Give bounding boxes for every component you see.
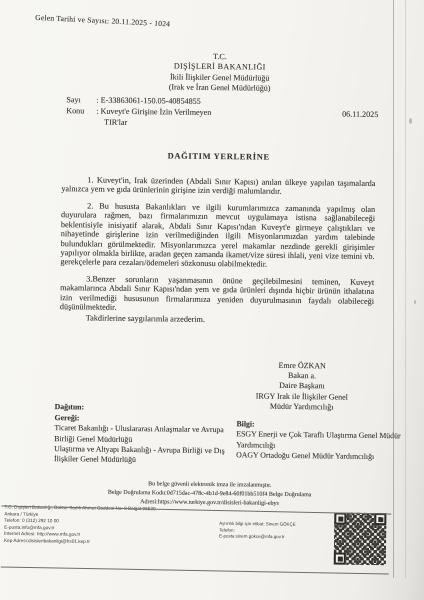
document-content: Gelen Tarihi ve Sayısı: 20.11.2025 - 102… [0,0,424,600]
footer-kep: Kep Adresi:disisleribakanligi@hs01.kep.t… [4,538,215,547]
qr-finder-icon [334,513,346,525]
scan-edge-line [393,0,394,578]
qr-finder-icon [374,513,386,525]
distribution-bilgi: Bilgi: ESGY Enerji ve Çok Taraflı Ulaştı… [236,419,408,463]
closing-line: Takdirlerine saygılarımla arzederim. [86,313,205,323]
addressee-heading: DAĞITIM YERLERİNE [7,149,424,163]
qr-finder-icon [334,553,346,565]
konu-value-line2: TIR'lar [96,117,127,128]
qr-code [334,513,387,566]
paragraph-3: 3.Benzer sorunların yaşanmasının önüne g… [60,274,374,315]
paragraph-2: 2. Bu hususta Bakanlıkları ve ilgili kur… [60,201,375,271]
scanned-document-page: Gelen Tarihi ve Sayısı: 20.11.2025 - 102… [0,0,424,600]
incoming-registry-stamp: Gelen Tarihi ve Sayısı: 20.11.2025 - 102… [35,13,170,29]
scan-speck [414,300,416,304]
footer-contact-left: T.C. Dışişleri Bakanlığı, Doktor Sadık A… [4,504,215,547]
scan-speck [409,118,412,124]
document-meta: Sayı : E-33863061-150.05-40854855 Konu :… [66,94,211,129]
konu-label: Konu [66,105,96,116]
footer-separator-bottom [1,566,389,574]
letterhead: T.C. DIŞİŞLERİ BAKANLIĞI İkili İlişkiler… [8,49,424,96]
scan-edge-line [405,0,406,578]
paragraph-1: 1. Kuveyt'in, Irak üzerinden (Abdali Sın… [61,175,375,198]
signature-block: Emre ÖZKAN Bakan a. Daire Başkanı IRGY I… [227,360,378,413]
sayi-label: Sayı [66,94,96,105]
document-date: 06.11.2025 [342,110,378,119]
meta-konu-row2: TIR'lar [66,116,211,129]
bilgi-item: OAGY Ortadoğu Genel Müdür Yardımcılığı [236,450,408,463]
geregi-item: Ticaret Bakanlığı - Uluslararası Anlaşma… [54,423,232,446]
bilgi-item: ESGY Enerji ve Çok Taraflı Ulaştırma Gen… [236,430,408,453]
distribution-geregi: Dağıtım: Gereği: Ticaret Bakanlığı - Ulu… [54,402,233,467]
signer-title4: Müdür Yardımcılığı [227,401,377,413]
geregi-item: Ulaştırma ve Altyapı Bakanlığı - Avrupa … [54,444,232,467]
